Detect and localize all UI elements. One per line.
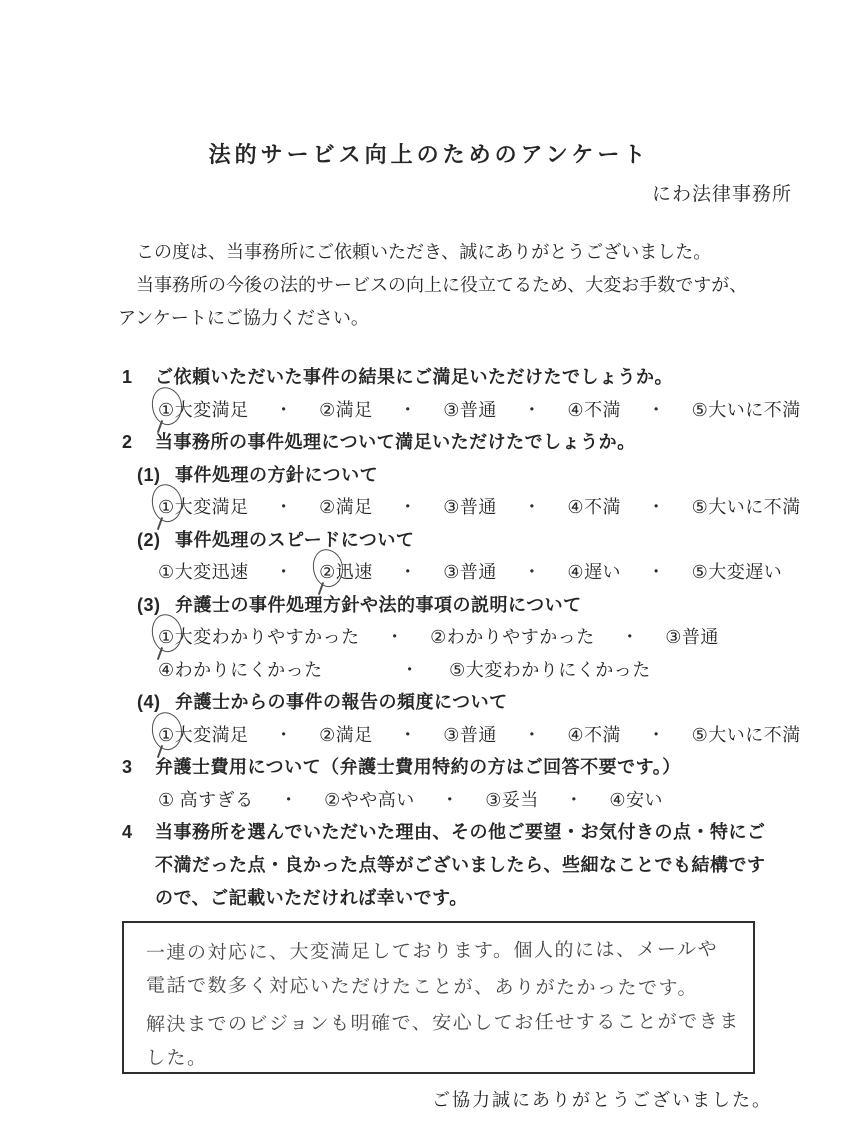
option-q3-2-number: ② [324, 784, 341, 817]
option-q2-1-3: ③普通 [443, 497, 497, 517]
option-q2-2-2-number: ② [319, 556, 336, 589]
handwritten-comment-line-1: 一連の対応に、大変満足しております。個人的には、メールや [146, 932, 739, 972]
question-2-3-options-row-1: ①大変わかりやすかった・②わかりやすかった・③普通 [122, 621, 858, 654]
option-q2-3-1-number: ① [158, 621, 175, 654]
option-q2-4-4-label: 不満 [584, 725, 621, 745]
question-4-number: 4 [122, 816, 155, 915]
option-q2-2-1-number: ① [158, 556, 175, 589]
question-2-4-text: 弁護士からの事件の報告の頻度について [175, 686, 508, 719]
option-q2-1-3-number: ③ [443, 491, 460, 524]
option-q1-3-number: ③ [443, 394, 460, 427]
question-1-text: ご依頼いただいた事件の結果にご満足いただけたでしょうか。 [155, 361, 673, 394]
option-q2-4-3: ③普通 [443, 725, 497, 745]
question-1-heading: 1 ご依頼いただいた事件の結果にご満足いただけたでしょうか。 [122, 361, 858, 394]
option-q1-4: ④不満 [567, 400, 621, 420]
option-separator: ・ [523, 562, 542, 582]
question-2-4-number: (4) [137, 686, 175, 719]
option-q1-2: ②満足 [319, 400, 373, 420]
option-q2-3-3-label: 普通 [682, 627, 719, 647]
questions-section: 1 ご依頼いただいた事件の結果にご満足いただけたでしょうか。 ①大変満足・②満足… [122, 361, 858, 915]
option-separator: ・ [523, 400, 542, 420]
option-separator: ・ [399, 497, 418, 517]
option-q3-3-label: 妥当 [502, 790, 539, 810]
option-separator: ・ [647, 562, 666, 582]
option-separator: ・ [399, 725, 418, 745]
option-q2-2-2: ②迅速 [319, 562, 373, 582]
question-1-options: ①大変満足・②満足・③普通・④不満・⑤大いに不満 [122, 394, 858, 427]
option-q3-3: ③妥当 [485, 790, 539, 810]
option-q2-4-4-number: ④ [567, 719, 584, 752]
option-q2-1-5-label: 大いに不満 [708, 497, 801, 517]
option-q2-1-5: ⑤大いに不満 [692, 497, 801, 517]
question-1-number: 1 [122, 361, 155, 394]
question-2-1-text: 事件処理の方針について [175, 459, 378, 492]
scanned-questionnaire-page: 法的サービス向上のためのアンケート にわ法律事務所 この度は、当事務所にご依頼い… [0, 0, 858, 1140]
question-2-4-heading: (4) 弁護士からの事件の報告の頻度について [122, 686, 858, 719]
option-q2-2-4-label: 遅い [584, 562, 621, 582]
intro-paragraph-2: 当事務所の今後の法的サービスの向上に役立てるため、大変お手数ですが、アンケートに… [118, 269, 762, 335]
question-2-2-text: 事件処理のスピードについて [175, 524, 414, 557]
option-q2-1-4-label: 不満 [584, 497, 621, 517]
question-2-number: 2 [122, 426, 155, 459]
option-q2-4-5-number: ⑤ [692, 719, 709, 752]
option-q1-4-number: ④ [567, 394, 584, 427]
option-q2-4-5: ⑤大いに不満 [692, 725, 801, 745]
option-q2-3-5: ⑤大変わかりにくかった [449, 660, 651, 680]
form-title: 法的サービス向上のためのアンケート [0, 0, 858, 169]
option-separator: ・ [275, 725, 294, 745]
option-separator: ・ [275, 400, 294, 420]
option-q2-4-1-number: ① [158, 719, 175, 752]
option-q1-5-number: ⑤ [692, 394, 709, 427]
option-q2-3-2-number: ② [430, 621, 447, 654]
question-2-3-heading: (3) 弁護士の事件処理方針や法的事項の説明について [122, 589, 858, 622]
option-q2-2-4: ④遅い [567, 562, 621, 582]
question-4-text: 当事務所を選んでいただいた理由、その他ご要望・お気付きの点・特にご不満だった点・… [155, 816, 767, 915]
option-separator: ・ [647, 725, 666, 745]
option-q2-2-1-label: 大変迅速 [175, 562, 249, 582]
option-q2-3-1-label: 大変わかりやすかった [175, 627, 360, 647]
option-q3-4-number: ④ [609, 784, 626, 817]
option-q2-3-2: ②わかりやすかった [430, 627, 595, 647]
option-separator: ・ [441, 790, 460, 810]
option-q2-2-5-number: ⑤ [692, 556, 709, 589]
option-q2-2-3-label: 普通 [460, 562, 497, 582]
option-separator: ・ [647, 497, 666, 517]
option-q2-3-4-label: わかりにくかった [175, 660, 323, 680]
option-q1-1-number: ① [158, 394, 175, 427]
option-q2-3-3: ③普通 [665, 627, 719, 647]
option-q2-4-4: ④不満 [567, 725, 621, 745]
option-separator: ・ [401, 660, 420, 680]
option-q2-3-4-number: ④ [158, 654, 175, 687]
option-q3-4: ④安い [609, 790, 663, 810]
option-separator: ・ [399, 400, 418, 420]
question-2-3-options-row-2: ④わかりにくかった・⑤大変わかりにくかった [122, 654, 858, 687]
question-2-3-number: (3) [137, 589, 175, 622]
option-q2-3-4: ④わかりにくかった [158, 660, 323, 680]
option-q2-1-3-label: 普通 [460, 497, 497, 517]
option-q1-3: ③普通 [443, 400, 497, 420]
question-2-2-options: ①大変迅速・②迅速・③普通・④遅い・⑤大変遅い [122, 556, 858, 589]
option-q2-4-2-label: 満足 [336, 725, 373, 745]
option-q3-3-number: ③ [485, 784, 502, 817]
option-q2-2-1: ①大変迅速 [158, 562, 249, 582]
option-separator: ・ [275, 562, 294, 582]
option-separator: ・ [275, 497, 294, 517]
intro-text: この度は、当事務所にご依頼いただき、誠にありがとうございました。 当事務所の今後… [118, 236, 762, 335]
option-q2-1-1-number: ① [158, 491, 175, 524]
option-q2-4-1: ①大変満足 [158, 725, 249, 745]
option-q2-1-5-number: ⑤ [692, 491, 709, 524]
question-2-1-options: ①大変満足・②満足・③普通・④不満・⑤大いに不満 [122, 491, 858, 524]
option-q2-2-3-number: ③ [443, 556, 460, 589]
option-separator: ・ [523, 725, 542, 745]
option-separator: ・ [523, 497, 542, 517]
option-q2-1-4-number: ④ [567, 491, 584, 524]
option-q2-1-1-label: 大変満足 [175, 497, 249, 517]
handwritten-comment-line-2: 電話で数多く対応いただけたことが、ありがたかったです。 [146, 968, 739, 1007]
question-2-heading: 2 当事務所の事件処理について満足いただけたでしょうか。 [122, 426, 858, 459]
option-q2-2-5-label: 大変遅い [708, 562, 782, 582]
question-2-text: 当事務所の事件処理について満足いただけたでしょうか。 [155, 426, 636, 459]
option-q1-5: ⑤大いに不満 [692, 400, 801, 420]
firm-name: にわ法律事務所 [0, 179, 858, 206]
option-q2-4-2: ②満足 [319, 725, 373, 745]
option-q2-3-1: ①大変わかりやすかった [158, 627, 360, 647]
option-q2-4-1-label: 大変満足 [175, 725, 249, 745]
option-q2-3-2-label: わかりやすかった [447, 627, 595, 647]
option-q2-4-3-number: ③ [443, 719, 460, 752]
closing-text: ご協力誠にありがとうございました。 [0, 1086, 858, 1112]
option-separator: ・ [280, 790, 299, 810]
option-q1-1: ①大変満足 [158, 400, 249, 420]
option-q2-2-3: ③普通 [443, 562, 497, 582]
option-q2-4-2-number: ② [319, 719, 336, 752]
option-q2-2-5: ⑤大変遅い [692, 562, 783, 582]
question-4-heading: 4 当事務所を選んでいただいた理由、その他ご要望・お気付きの点・特にご不満だった… [122, 816, 858, 915]
option-q2-3-3-number: ③ [665, 621, 682, 654]
option-q1-1-label: 大変満足 [175, 400, 249, 420]
question-3-options: ① 高すぎる・②やや高い・③妥当・④安い [122, 784, 858, 817]
option-q2-1-2-label: 満足 [336, 497, 373, 517]
option-q1-2-label: 満足 [336, 400, 373, 420]
question-2-1-number: (1) [137, 459, 175, 492]
question-3-heading: 3 弁護士費用について（弁護士費用特約の方はご回答不要です。） [122, 751, 858, 784]
option-q2-1-2: ②満足 [319, 497, 373, 517]
option-separator: ・ [399, 562, 418, 582]
option-q2-2-4-number: ④ [567, 556, 584, 589]
option-q3-2-label: やや高い [341, 790, 415, 810]
option-q1-4-label: 不満 [584, 400, 621, 420]
option-q2-1-4: ④不満 [567, 497, 621, 517]
handwritten-comment-line-4: した。 [146, 1041, 739, 1079]
option-separator: ・ [621, 627, 640, 647]
option-q2-4-3-label: 普通 [460, 725, 497, 745]
option-q1-3-label: 普通 [460, 400, 497, 420]
question-2-3-text: 弁護士の事件処理方針や法的事項の説明について [175, 589, 582, 622]
option-separator: ・ [565, 790, 584, 810]
comment-box: 一連の対応に、大変満足しております。個人的には、メールや 電話で数多く対応いただ… [122, 921, 755, 1074]
option-q2-3-5-label: 大変わかりにくかった [466, 660, 651, 680]
intro-paragraph-1: この度は、当事務所にご依頼いただき、誠にありがとうございました。 [118, 236, 762, 269]
option-separator: ・ [386, 627, 405, 647]
question-2-2-number: (2) [137, 524, 175, 557]
option-q3-2: ②やや高い [324, 790, 415, 810]
question-3-text: 弁護士費用について（弁護士費用特約の方はご回答不要です。） [155, 751, 681, 784]
option-q1-2-number: ② [319, 394, 336, 427]
option-q3-1-number: ① [158, 784, 175, 817]
option-q2-1-2-number: ② [319, 491, 336, 524]
question-3-number: 3 [122, 751, 155, 784]
option-q1-5-label: 大いに不満 [708, 400, 801, 420]
option-q2-4-5-label: 大いに不満 [708, 725, 801, 745]
option-q2-3-5-number: ⑤ [449, 654, 466, 687]
option-q2-1-1: ①大変満足 [158, 497, 249, 517]
option-q3-1: ① 高すぎる [158, 790, 254, 810]
option-q2-2-2-label: 迅速 [336, 562, 373, 582]
option-q3-1-label: 高すぎる [175, 790, 254, 810]
question-2-1-heading: (1) 事件処理の方針について [122, 459, 858, 492]
handwritten-comment-line-3: 解決までのビジョンも明確で、安心してお任せすることができま [146, 1004, 739, 1043]
question-2-2-heading: (2) 事件処理のスピードについて [122, 524, 858, 557]
question-2-4-options: ①大変満足・②満足・③普通・④不満・⑤大いに不満 [122, 719, 858, 752]
option-q3-4-label: 安い [626, 790, 663, 810]
option-separator: ・ [647, 400, 666, 420]
